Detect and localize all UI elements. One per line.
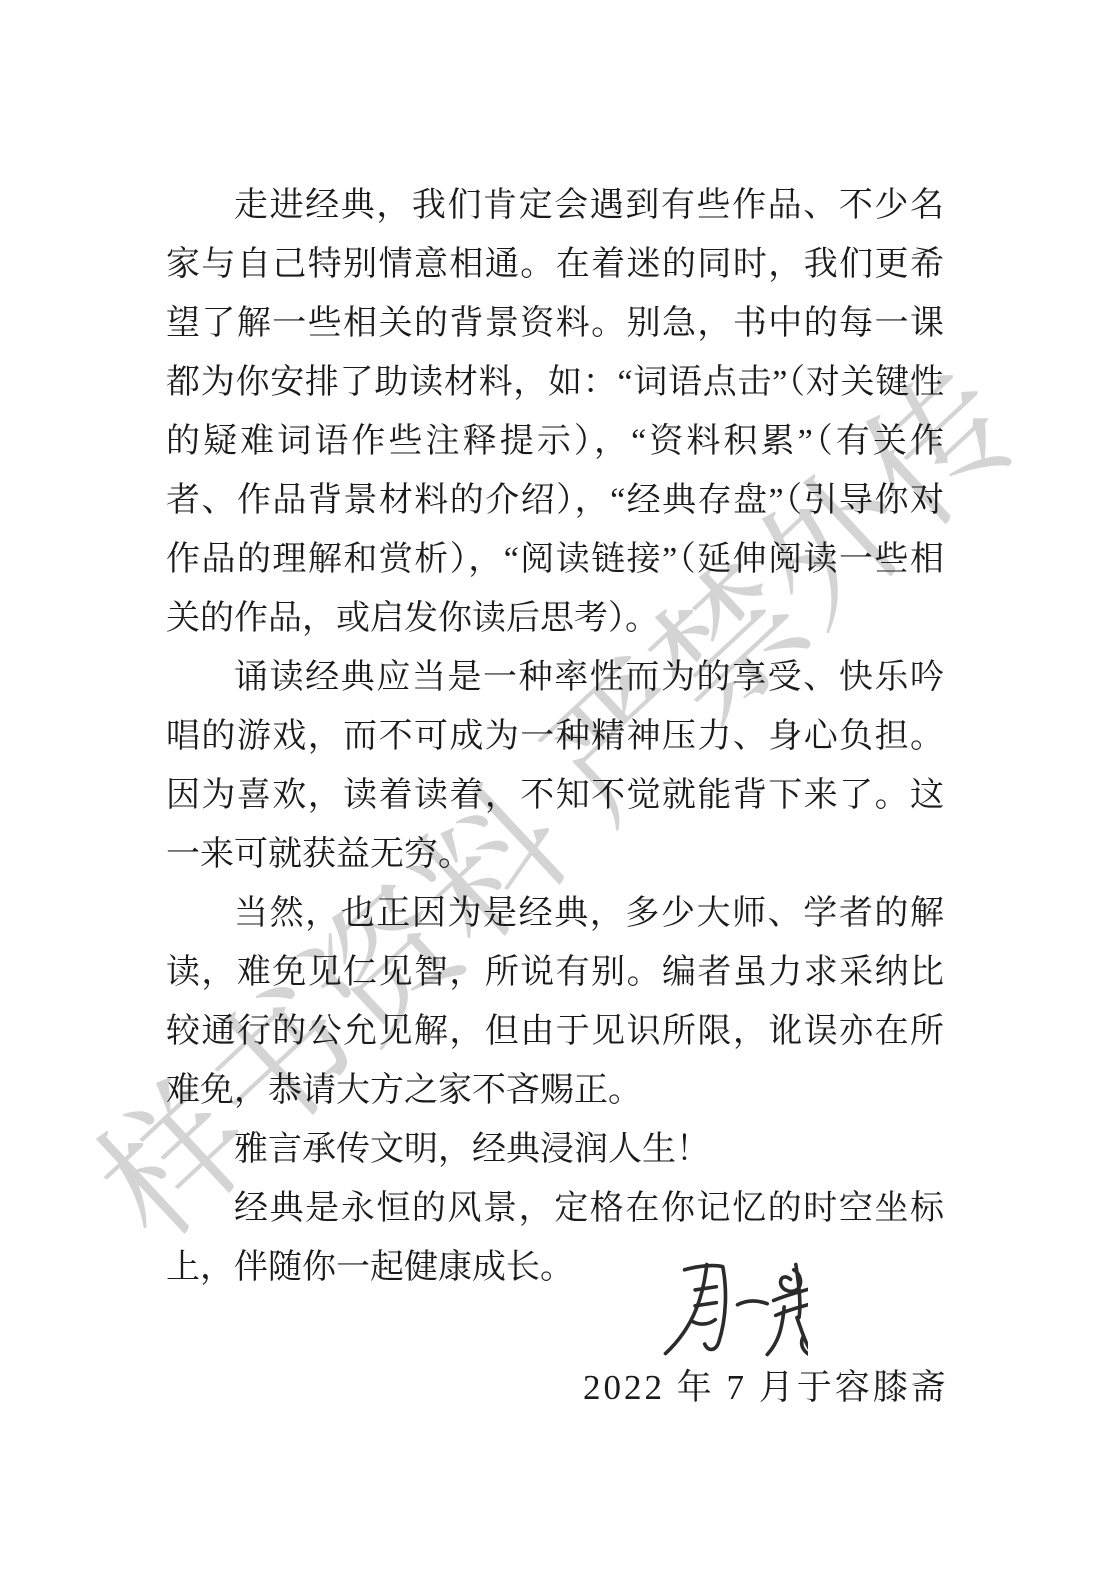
- paragraph-editor-apology: 当然，也正因为是经典，多少大师、学者的解读，难免见仁见智，所说有别。编者虽力求采…: [166, 884, 944, 1120]
- preface-body: 走进经典，我们肯定会遇到有些作品、不少名家与自己特别情意相通。在着迷的同时，我们…: [166, 176, 944, 1297]
- paragraph-reading-enjoyment: 诵读经典应当是一种率性而为的享受、快乐吟唱的游戏，而不可成为一种精神压力、身心负…: [166, 648, 944, 884]
- paragraph-helper-materials: 走进经典，我们肯定会遇到有些作品、不少名家与自己特别情意相通。在着迷的同时，我们…: [166, 176, 944, 648]
- paragraph-slogan: 雅言承传文明，经典浸润人生！: [166, 1120, 944, 1179]
- preface-page: 样书资料 严禁外传 走进经典，我们肯定会遇到有些作品、不少名家与自己特别情意相通…: [0, 0, 1110, 1571]
- paragraph-closing: 经典是永恒的风景，定格在你记忆的时空坐标上，伴随你一起健康成长。: [166, 1179, 944, 1297]
- signature-date-line: 2022 年 7 月于容膝斋: [583, 1360, 949, 1410]
